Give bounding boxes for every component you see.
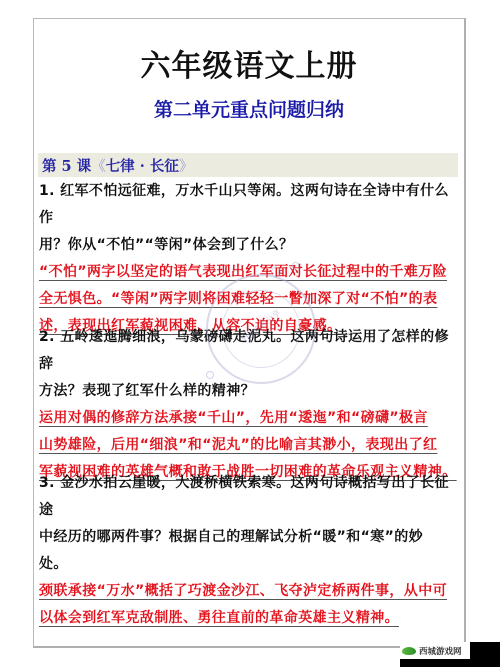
answer-line: 运用对偶的修辞方法承接“千山”，先用“逶迤”和“磅礴”极言 (39, 410, 428, 426)
document-subtitle: 第二单元重点问题归纳 (34, 95, 464, 122)
answer-line: 以体会到红军克敌制胜、勇往直前的革命英雄主义精神。 (39, 610, 399, 626)
question-text: 2. 五岭逶迤腾细浪，乌蒙磅礴走泥丸。这两句诗运用了怎样的修辞 方法？表现了红军… (39, 324, 459, 405)
question-line: 处。 (39, 556, 68, 572)
answer-text: 颈联承接“万水”概括了巧渡金沙江、飞夺泸定桥两件事，从中可 以体会到红军克敌制胜… (39, 578, 459, 632)
answer-line: 山势雄险，后用“细浪”和“泥丸”的比喻言其渺小，表现出了红 (39, 437, 437, 453)
watermark-dot-icon (206, 371, 214, 379)
open-bracket: 《 (91, 159, 106, 175)
answer-line: “不怕”两字以坚定的语气表现出红军面对长征过程中的千难万险 (39, 264, 447, 280)
lesson-heading-band: 第 5 课《七律 · 长征》 (38, 153, 458, 177)
document-title: 六年级语文上册 (34, 41, 464, 85)
leaf-logo-icon (402, 647, 416, 655)
lesson-heading: 第 5 课《七律 · 长征》 (42, 155, 193, 176)
qa-item-3: 3. 金沙水拍云崖暖，大渡桥横铁索寒。这两句诗概括写出了长征途 中经历的哪两件事… (39, 470, 459, 632)
document-page: 六年级语文上册 第二单元重点问题归纳 第 5 课《七律 · 长征》 1. 红军不… (33, 18, 466, 648)
answer-line: 颈联承接“万水”概括了巧渡金沙江、飞夺泸定桥两件事，从中可 (39, 583, 447, 599)
lesson-name: 七律 · 长征 (106, 158, 179, 175)
site-logo-text: 西城游戏网 (419, 645, 462, 657)
qa-item-2: 2. 五岭逶迤腾细浪，乌蒙磅礴走泥丸。这两句诗运用了怎样的修辞 方法？表现了红军… (39, 324, 459, 486)
question-text: 3. 金沙水拍云崖暖，大渡桥横铁索寒。这两句诗概括写出了长征途 中经历的哪两件事… (39, 470, 459, 578)
watermark-dot-icon (292, 262, 299, 269)
watermark-dot-icon (271, 267, 281, 277)
question-line: 2. 五岭逶迤腾细浪，乌蒙磅礴走泥丸。这两句诗运用了怎样的修辞 (39, 329, 449, 372)
question-line: 1. 红军不怕远征难，万水千山只等闲。这两句诗在全诗中有什么作 (39, 183, 449, 226)
question-line: 中经历的哪两件事？根据自己的理解试分析“暖”和“寒”的妙 (39, 529, 423, 545)
question-line: 方法？表现了红军什么样的精神？ (39, 383, 255, 399)
qa-item-1: 1. 红军不怕远征难，万水千山只等闲。这两句诗在全诗中有什么作 用？你从“不怕”… (39, 178, 459, 340)
question-text: 1. 红军不怕远征难，万水千山只等闲。这两句诗在全诗中有什么作 用？你从“不怕”… (39, 178, 459, 259)
close-bracket: 》 (179, 159, 194, 175)
answer-line: 全无惧色。“等闲”两字则将困难轻轻一瞥加深了对“不怕”的表 (39, 291, 437, 307)
site-logo[interactable]: 西城游戏网 (400, 642, 500, 667)
lesson-number: 第 5 课 (42, 158, 91, 175)
site-logo-badge: 西城游戏网 (400, 642, 470, 659)
question-line: 3. 金沙水拍云崖暖，大渡桥横铁索寒。这两句诗概括写出了长征途 (39, 475, 449, 518)
question-line: 用？你从“不怕”“等闲”体会到了什么？ (39, 237, 293, 253)
